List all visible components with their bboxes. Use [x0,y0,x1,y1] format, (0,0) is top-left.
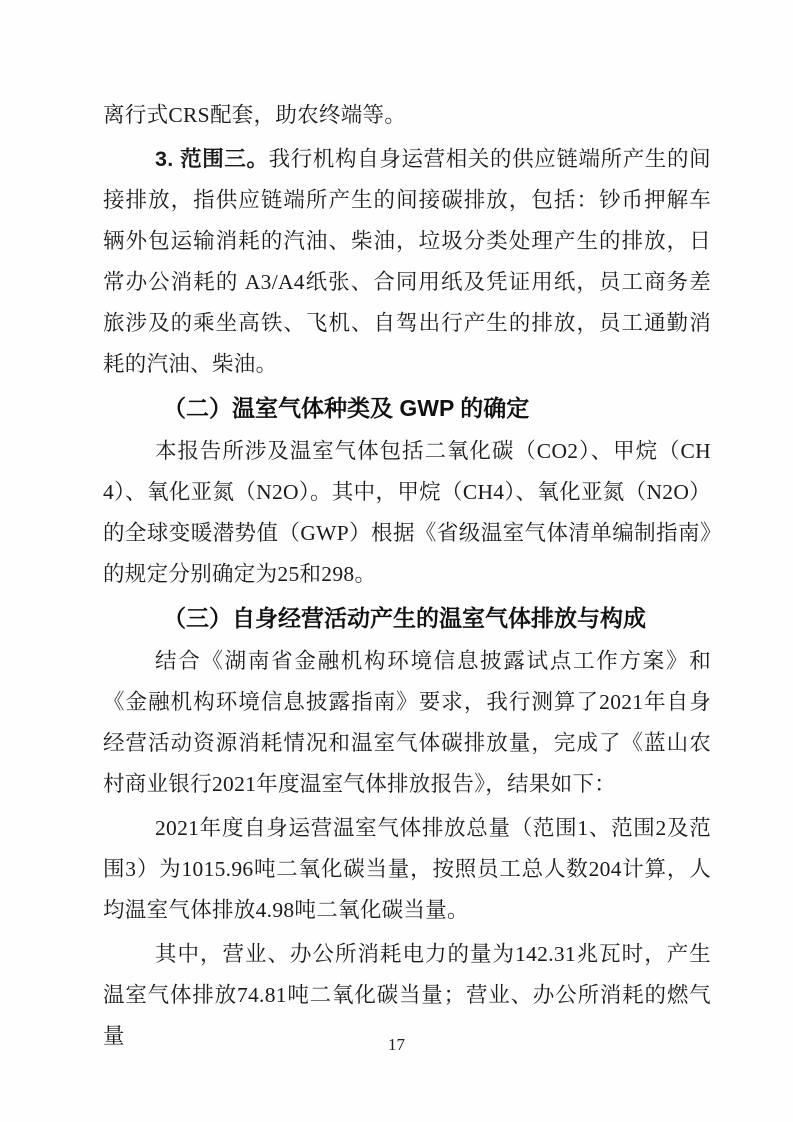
paragraph-gwp-determination: 本报告所涉及温室气体包括二氧化碳（CO2）、甲烷（CH4）、氧化亚氮（N2O）。… [103,431,711,595]
page-body-text: 离行式CRS配套，助农终端等。 3. 范围三。我行机构自身运营相关的供应链端所产… [103,95,711,1060]
section-heading-gwp: （二）温室气体种类及 GWP 的确定 [103,388,711,429]
scope3-body-text: 我行机构自身运营相关的供应链端所产生的间接排放，指供应链端所产生的间接碳排放，包… [103,147,711,376]
paragraph-continuation: 离行式CRS配套，助农终端等。 [103,95,711,136]
paragraph-disclosure-basis: 结合《湖南省金融机构环境信息披露试点工作方案》和《金融机构环境信息披露指南》要求… [103,641,711,805]
section-heading-own-emissions: （三）自身经营活动产生的温室气体排放与构成 [103,598,711,639]
scope3-lead-label: 3. 范围三。 [155,147,269,171]
paragraph-scope3: 3. 范围三。我行机构自身运营相关的供应链端所产生的间接排放，指供应链端所产生的… [103,139,711,385]
page-number: 17 [0,1034,793,1056]
paragraph-total-emissions: 2021年度自身运营温室气体排放总量（范围1、范围2及范围3）为1015.96吨… [103,808,711,931]
document-page: 离行式CRS配套，助农终端等。 3. 范围三。我行机构自身运营相关的供应链端所产… [0,0,793,1122]
